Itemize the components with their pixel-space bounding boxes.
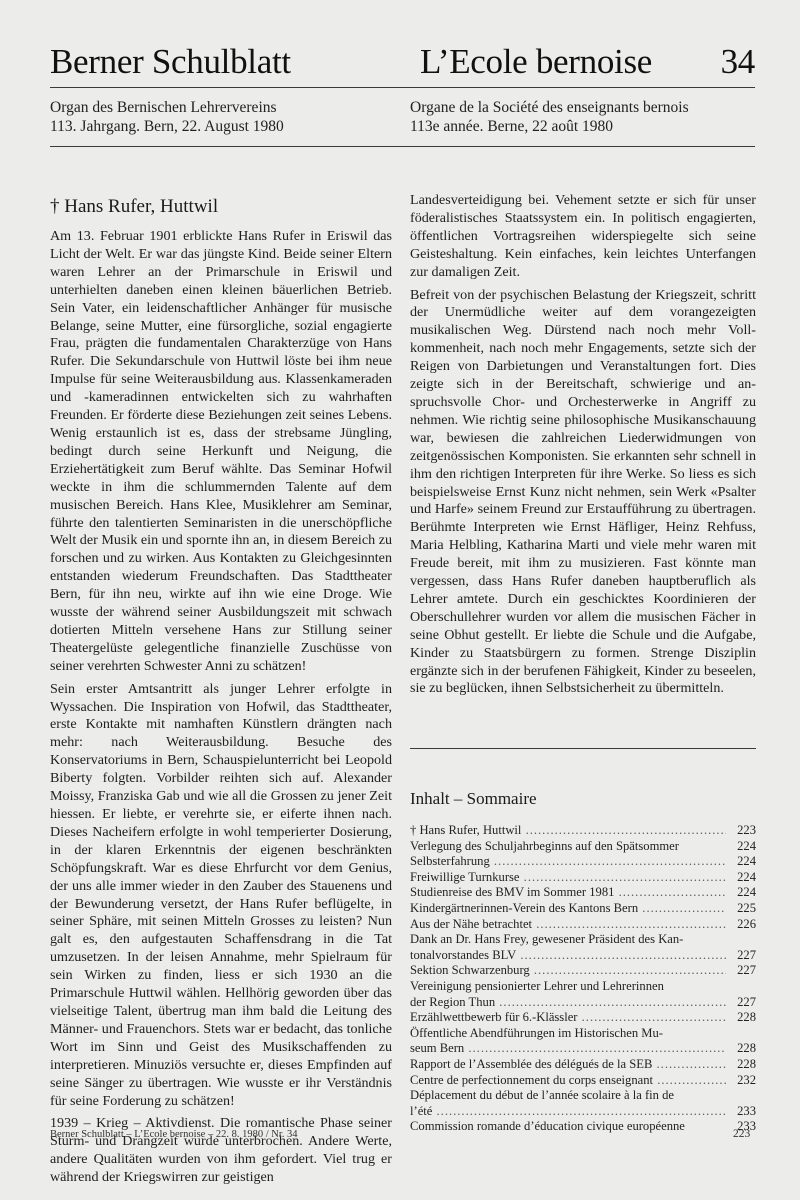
article-column-right: Landesverteidigung bei. Vehement setzte … (410, 192, 756, 703)
masthead-rule-bottom (50, 146, 755, 147)
newspaper-page: Berner Schulblatt L’Ecole bernoise 34 Or… (0, 0, 800, 1200)
organ-name-german: Organ des Bernischen Lehrervereins (50, 98, 284, 117)
toc-entry-title: Rapport de l’Assemblée des délégués de l… (410, 1057, 652, 1071)
issue-number: 34 (721, 44, 755, 79)
running-footer: Berner Schulblatt – L’Ecole bernoise – 2… (50, 1129, 297, 1140)
toc-entry-title: Erzählwettbewerb für 6.-Klässler (410, 1010, 578, 1024)
organ-name-french: Organe de la Société des enseignants ber… (410, 98, 689, 117)
toc-entry[interactable]: Vereinigung pensionierter Lehrer und Leh… (410, 979, 756, 1010)
toc-entry-title: Verlegung des Schuljahrbeginns auf den S… (410, 839, 679, 853)
toc-entry-page: 233 (726, 1104, 756, 1120)
toc-entry[interactable]: Centre de perfectionnement du corps ense… (410, 1073, 756, 1089)
article-paragraph: Sein erster Amtsantritt als junger Lehre… (50, 681, 392, 1111)
toc-entry-page: 224 (726, 854, 756, 870)
toc-entry-title-line1: Dank an Dr. Hans Frey, gewesener Präside… (410, 932, 756, 948)
toc-entry-title: Studienreise des BMV im Sommer 1981 (410, 885, 614, 899)
toc-entry-page: 224 (726, 885, 756, 901)
toc-entry[interactable]: Studienreise des BMV im Sommer 1981224 (410, 885, 756, 901)
page-number: 223 (733, 1128, 750, 1140)
toc-entry[interactable]: Freiwillige Turnkurse224 (410, 870, 756, 886)
toc-entry[interactable]: † Hans Rufer, Huttwil223 (410, 823, 756, 839)
toc-entry[interactable]: Selbsterfahrung224 (410, 854, 756, 870)
toc-entry-title: † Hans Rufer, Huttwil (410, 823, 521, 837)
organ-info-german: Organ des Bernischen Lehrervereins 113. … (50, 98, 284, 136)
toc-entry-title: Freiwillige Turnkurse (410, 870, 520, 884)
toc-entry-page: 228 (726, 1057, 756, 1073)
article-paragraph: Am 13. Februar 1901 erblickte Hans Rufer… (50, 228, 392, 676)
toc-entry-title: Centre de perfectionnement du corps ense… (410, 1073, 653, 1087)
toc-entry-page: 228 (726, 1010, 756, 1026)
toc-entry[interactable]: Dank an Dr. Hans Frey, gewesener Präside… (410, 932, 756, 963)
toc-title: Inhalt – Sommaire (410, 789, 537, 809)
masthead-rule-top (50, 87, 755, 88)
toc-entry[interactable]: Öffentliche Abendführungen im Historisch… (410, 1026, 756, 1057)
masthead-title-french: L’Ecole bernoise (420, 44, 652, 79)
article-column-left: Am 13. Februar 1901 erblickte Hans Rufer… (50, 228, 392, 1192)
toc-entry-title: Commission romande d’éducation civique e… (410, 1119, 685, 1133)
toc-entry-title: Sektion Schwarzenburg (410, 963, 530, 977)
table-of-contents: † Hans Rufer, Huttwil223 Verlegung des S… (410, 823, 756, 1135)
toc-entry-title: Aus der Nähe betrachtet (410, 917, 532, 931)
toc-entry-page: 224 (726, 839, 756, 855)
toc-entry-title: l’été (410, 1104, 432, 1118)
toc-entry[interactable]: Commission romande d’éducation civique e… (410, 1119, 756, 1135)
toc-entry-title-line1: Öffentliche Abendführungen im Historisch… (410, 1026, 756, 1042)
toc-entry-title: der Region Thun (410, 995, 495, 1009)
toc-entry[interactable]: Erzählwettbewerb für 6.-Klässler228 (410, 1010, 756, 1026)
toc-entry[interactable]: Rapport de l’Assemblée des délégués de l… (410, 1057, 756, 1073)
toc-entry-page: 228 (726, 1041, 756, 1057)
masthead-title-german: Berner Schulblatt (50, 44, 291, 79)
edition-line-german: 113. Jahrgang. Bern, 22. August 1980 (50, 117, 284, 136)
toc-entry-page: 227 (726, 995, 756, 1011)
toc-entry[interactable]: Déplacement du début de l’année scolaire… (410, 1088, 756, 1119)
article-title: † Hans Rufer, Huttwil (50, 196, 218, 218)
article-paragraph: Befreit von der psychischen Belastung de… (410, 287, 756, 699)
toc-entry[interactable]: Kindergärtnerinnen-Verein des Kantons Be… (410, 901, 756, 917)
article-paragraph: Landesverteidigung bei. Vehement setzte … (410, 192, 756, 282)
toc-entry-page: 227 (726, 963, 756, 979)
organ-info-french: Organe de la Société des enseignants ber… (410, 98, 689, 136)
toc-entry-title: tonalvorstandes BLV (410, 948, 516, 962)
toc-entry-title: Kindergärtnerinnen-Verein des Kantons Be… (410, 901, 638, 915)
toc-entry-title-line1: Vereinigung pensionierter Lehrer und Leh… (410, 979, 756, 995)
toc-entry-page: 227 (726, 948, 756, 964)
toc-entry-page: 225 (726, 901, 756, 917)
section-divider (410, 748, 756, 749)
toc-entry-page: 224 (726, 870, 756, 886)
toc-entry[interactable]: Verlegung des Schuljahrbeginns auf den S… (410, 839, 756, 855)
edition-line-french: 113e année. Berne, 22 août 1980 (410, 117, 689, 136)
toc-entry-title: seum Bern (410, 1041, 464, 1055)
toc-entry-page: 232 (726, 1073, 756, 1089)
toc-entry-title: Selbsterfahrung (410, 854, 490, 868)
toc-entry-title-line1: Déplacement du début de l’année scolaire… (410, 1088, 756, 1104)
toc-entry-page: 223 (726, 823, 756, 839)
article-paragraph: 1939 – Krieg – Aktivdienst. Die romantis… (50, 1115, 392, 1187)
toc-entry[interactable]: Sektion Schwarzenburg227 (410, 963, 756, 979)
toc-entry[interactable]: Aus der Nähe betrachtet226 (410, 917, 756, 933)
toc-entry-page: 226 (726, 917, 756, 933)
